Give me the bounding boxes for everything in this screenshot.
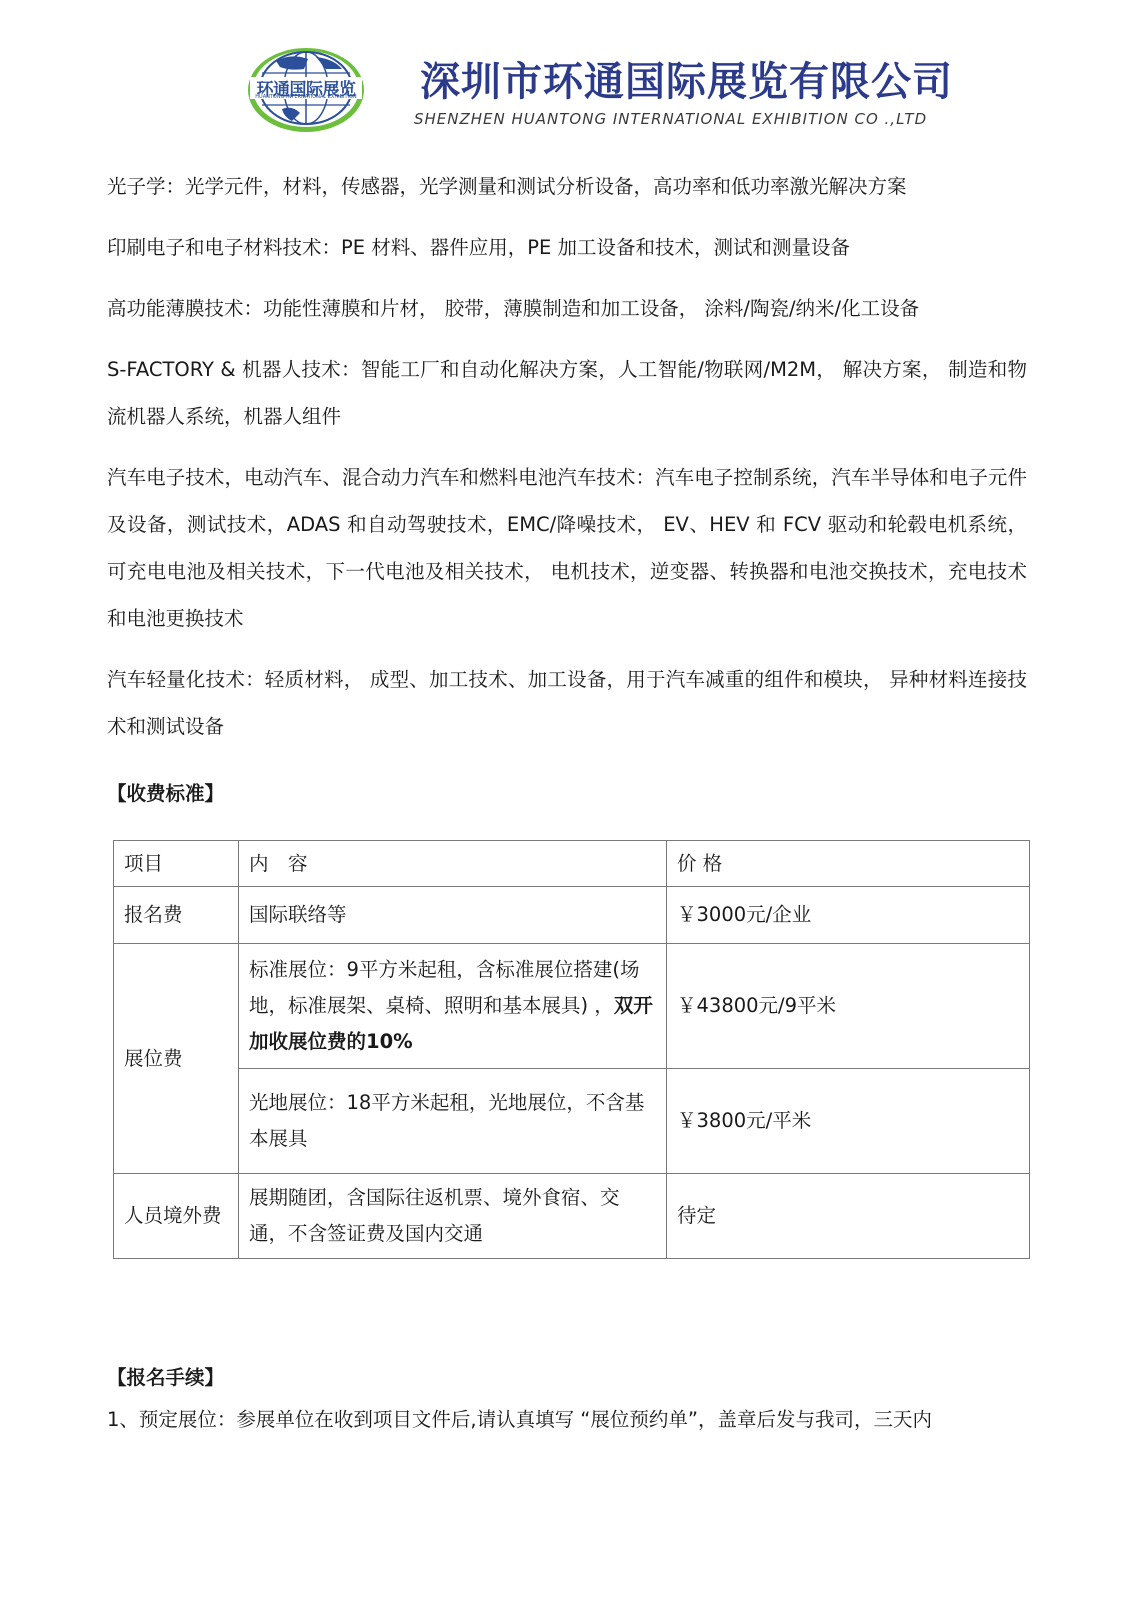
row-content: 标准展位：9平方米起租，含标准展位搭建(场地，标准展架、桌椅、照明和基本展具) … — [239, 944, 667, 1069]
exhibit-categories: 光子学：光学元件，材料，传感器，光学测量和测试分析设备，高功率和低功率激光解决方… — [107, 163, 1027, 764]
row-content: 光地展位：18平方米起租，光地展位，不含基本展具 — [239, 1069, 667, 1174]
table-row: 展位费 标准展位：9平方米起租，含标准展位搭建(场地，标准展架、桌椅、照明和基本… — [114, 944, 1030, 1069]
procedure-step: 1、预定展位：参展单位在收到项目文件后,请认真填写 “展位预约单”，盖章后发与我… — [107, 1405, 932, 1435]
row-item: 报名费 — [114, 887, 239, 944]
table-row: 人员境外费 展期随团，含国际往返机票、境外食宿、交通，不含签证费及国内交通 待定 — [114, 1174, 1030, 1259]
row-price: ￥3000元/企业 — [667, 887, 1030, 944]
category-paragraph: S-FACTORY & 机器人技术：智能工厂和自动化解决方案，人工智能/物联网/… — [107, 346, 1027, 440]
table-row: 报名费 国际联络等 ￥3000元/企业 — [114, 887, 1030, 944]
fee-table: 项目 内 容 价 格 报名费 国际联络等 ￥3000元/企业 展位费 标准展位：… — [113, 840, 1030, 1259]
category-paragraph: 光子学：光学元件，材料，传感器，光学测量和测试分析设备，高功率和低功率激光解决方… — [107, 163, 1027, 210]
header-content: 内 容 — [239, 841, 667, 887]
fee-section-title: 【收费标准】 — [107, 774, 224, 814]
logo-text-en: HUANTONG INTERNATIONAL EXHIBITION — [248, 94, 364, 100]
header-price: 价 格 — [667, 841, 1030, 887]
row-item: 人员境外费 — [114, 1174, 239, 1259]
company-name-en: SHENZHEN HUANTONG INTERNATIONAL EXHIBITI… — [414, 110, 927, 128]
category-paragraph: 印刷电子和电子材料技术：PE 材料、器件应用，PE 加工设备和技术，测试和测量设… — [107, 224, 1027, 271]
row-content: 国际联络等 — [239, 887, 667, 944]
header-item: 项目 — [114, 841, 239, 887]
company-name-cn: 深圳市环通国际展览有限公司 — [420, 50, 953, 107]
row-price: 待定 — [667, 1174, 1030, 1259]
row-price: ￥3800元/平米 — [667, 1069, 1030, 1174]
table-header-row: 项目 内 容 价 格 — [114, 841, 1030, 887]
procedure-section-title: 【报名手续】 — [107, 1358, 224, 1398]
standard-booth-desc: 标准展位：9平方米起租，含标准展位搭建(场地，标准展架、桌椅、照明和基本展具) … — [249, 958, 640, 1017]
company-logo: 环通国际展览 HUANTONG INTERNATIONAL EXHIBITION — [246, 47, 366, 133]
row-item: 展位费 — [114, 944, 239, 1174]
row-content: 展期随团，含国际往返机票、境外食宿、交通，不含签证费及国内交通 — [239, 1174, 667, 1259]
letterhead: 环通国际展览 HUANTONG INTERNATIONAL EXHIBITION… — [0, 0, 1131, 150]
table-row: 光地展位：18平方米起租，光地展位，不含基本展具 ￥3800元/平米 — [114, 1069, 1030, 1174]
category-paragraph: 汽车电子技术，电动汽车、混合动力汽车和燃料电池汽车技术：汽车电子控制系统，汽车半… — [107, 454, 1027, 642]
category-paragraph: 高功能薄膜技术：功能性薄膜和片材， 胶带，薄膜制造和加工设备， 涂料/陶瓷/纳米… — [107, 285, 1027, 332]
category-paragraph: 汽车轻量化技术：轻质材料， 成型、加工技术、加工设备，用于汽车减重的组件和模块，… — [107, 656, 1027, 750]
row-price: ￥43800元/9平米 — [667, 944, 1030, 1069]
